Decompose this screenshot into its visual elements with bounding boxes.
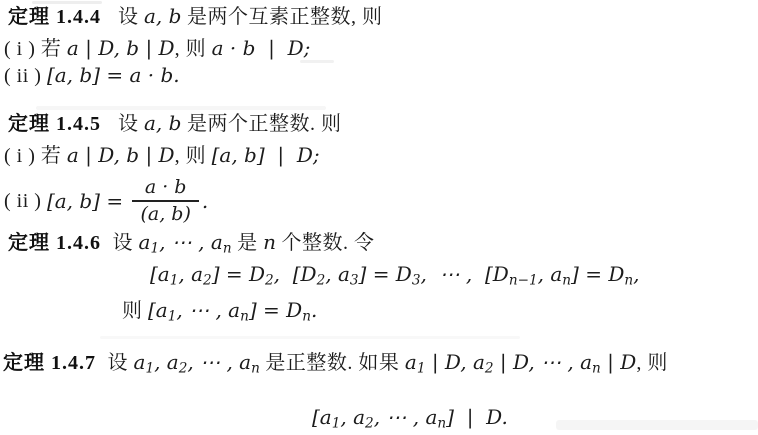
theorem-1-4-6-line-1: 定理 1.4.6 设 a1, ⋯ , an 是 n 个整数. 令: [8, 231, 374, 257]
math-subscript: n: [223, 240, 232, 256]
math-run: n: [263, 230, 276, 254]
math-subscript: 2: [485, 360, 494, 376]
math-subscript: 3: [350, 272, 359, 288]
text-run: 设: [107, 6, 144, 28]
theorem-1-4-5-line-2: ( i ) 若 a | D, b | D, 则 [a, b] | D;: [4, 144, 320, 168]
theorem-1-4-5-line-1: 定理 1.4.5 设 a, b 是两个正整数. 则: [8, 112, 341, 136]
math-run: [a, b] | D;: [212, 143, 320, 167]
math-subscript: n: [592, 360, 601, 376]
math-subscript: 3: [412, 272, 421, 288]
text-run: 是两个正整数. 则: [181, 113, 341, 135]
math-run: [a, b] =: [47, 190, 130, 213]
text-run: ( ii ): [4, 190, 47, 213]
math-subscript: n: [251, 360, 260, 376]
scan-artifact: [100, 336, 520, 339]
scanned-textbook-page: 定理 1.4.4 设 a, b 是两个互素正整数, 则( i ) 若 a | D…: [0, 0, 758, 435]
text-run: 是两个互素正整数, 则: [181, 6, 382, 28]
math-subscript: 2: [179, 360, 188, 376]
theorem-label: 定理 1.4.7: [3, 352, 96, 374]
theorem-1-4-4-line-3: ( ii ) [a, b] = a · b.: [4, 64, 180, 88]
math-subscript: 1: [332, 415, 341, 431]
math-run: .: [202, 190, 208, 213]
scan-artifact: [36, 106, 326, 110]
text-run: 是正整数. 如果: [260, 352, 405, 374]
text-run: 个整数. 令: [276, 232, 375, 254]
math-subscript: 1: [417, 360, 426, 376]
fraction: a · b(a, b): [132, 176, 198, 225]
text-run: 设: [102, 352, 134, 374]
math-run: a · b | D;: [212, 36, 311, 60]
text-run: 设: [107, 232, 139, 254]
math-subscript: n: [240, 308, 249, 324]
math-run: a | D, b | D: [67, 143, 175, 167]
theorem-1-4-5-line-3: ( ii ) [a, b] = a · b(a, b).: [4, 174, 208, 228]
math-subscript: n: [302, 308, 311, 324]
text-run: ( i ) 若: [4, 38, 67, 60]
math-subscript: n−1: [509, 272, 538, 288]
theorem-1-4-7-line-2: [a1, a2, ⋯ , an] | D.: [312, 406, 508, 432]
text-run: 则: [122, 300, 148, 322]
math-run: a1, a2, ⋯ , an: [134, 350, 260, 374]
text-run: ( ii ): [4, 65, 47, 87]
scan-artifact: [32, 1, 102, 4]
fraction-numerator: a · b: [137, 176, 195, 199]
math-run: a1, ⋯ , an: [139, 230, 232, 254]
theorem-1-4-6-line-3: 则 [a1, ⋯ , an] = Dn.: [122, 299, 317, 325]
math-subscript: n: [562, 272, 571, 288]
text-run: ( i ) 若: [4, 145, 67, 167]
math-subscript: 1: [170, 272, 179, 288]
math-subscript: 1: [145, 360, 154, 376]
theorem-1-4-4-line-1: 定理 1.4.4 设 a, b 是两个互素正整数, 则: [8, 5, 382, 29]
math-run: [a1, ⋯ , an] = Dn.: [148, 298, 317, 322]
math-run: a, b: [144, 4, 181, 28]
text-run: 是: [232, 232, 264, 254]
fraction-bar: [132, 200, 198, 202]
theorem-1-4-6-line-2: [a1, a2] = D2, [D2, a3] = D3, ⋯ , [Dn−1,…: [150, 263, 639, 289]
math-subscript: 2: [365, 415, 374, 431]
fraction-denominator: (a, b): [132, 203, 198, 226]
math-run: [a1, a2] = D2, [D2, a3] = D3, ⋯ , [Dn−1,…: [150, 262, 639, 286]
math-run: a1 | D, a2 | D, ⋯ , an | D: [405, 350, 636, 374]
math-run: [a, b] = a · b.: [47, 63, 180, 87]
theorem-label: 定理 1.4.6: [8, 232, 101, 254]
scan-artifact: [556, 420, 758, 430]
math-run: [a1, a2, ⋯ , an] | D.: [312, 405, 508, 429]
math-subscript: n: [437, 415, 446, 431]
math-subscript: n: [624, 272, 633, 288]
math-run: a, b: [144, 111, 181, 135]
theorem-1-4-7-line-1: 定理 1.4.7 设 a1, a2, ⋯ , an 是正整数. 如果 a1 | …: [3, 351, 668, 377]
theorem-label: 定理 1.4.5: [8, 113, 101, 135]
math-run: a | D, b | D: [67, 36, 175, 60]
math-subscript: 2: [265, 272, 274, 288]
theorem-label: 定理 1.4.4: [8, 6, 101, 28]
math-subscript: 2: [203, 272, 212, 288]
text-run: , 则: [175, 145, 212, 167]
math-subscript: 2: [317, 272, 326, 288]
text-run: , 则: [175, 38, 212, 60]
math-subscript: 1: [168, 308, 177, 324]
text-run: , 则: [636, 352, 668, 374]
text-run: 设: [107, 113, 144, 135]
math-subscript: 1: [150, 240, 159, 256]
theorem-1-4-4-line-2: ( i ) 若 a | D, b | D, 则 a · b | D;: [4, 37, 310, 61]
